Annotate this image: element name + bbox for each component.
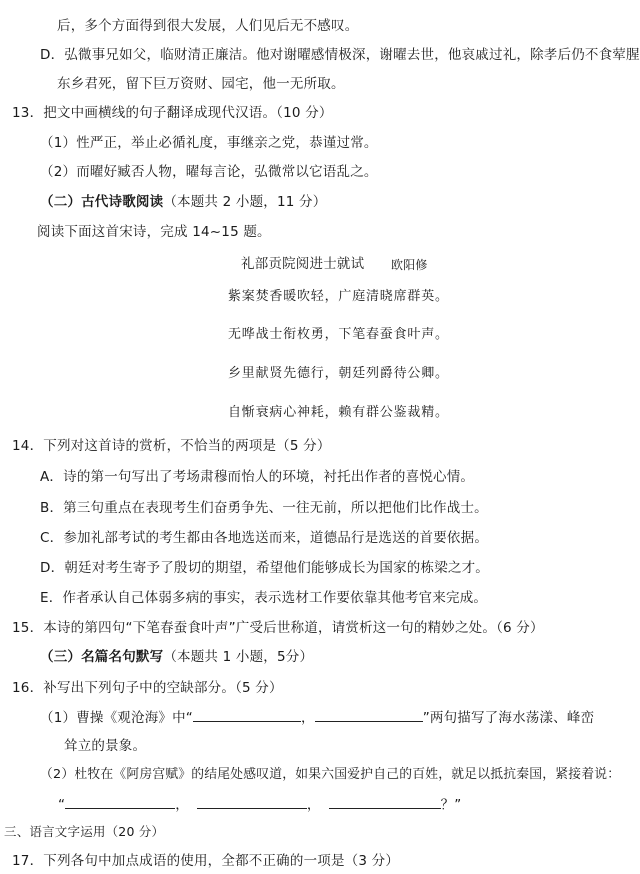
question-16-item-2-blanks: “，，？” (58, 795, 462, 814)
option-d-continuation: 东乡君死，留下巨万资财、园宅，他一无所取。 (57, 75, 345, 93)
poem-line-1: 紫案焚香暖吹轻，广庭清晓席群英。 (228, 288, 449, 306)
section-3-heading: （三）名篇名句默写（本题共 1 小题，5分） (40, 648, 313, 666)
section-2-title: （二）古代诗歌阅读 (40, 194, 163, 210)
poem-line-3: 乡里献贤先德行，朝廷列爵待公卿。 (228, 365, 449, 383)
comma: ， (175, 797, 189, 813)
question-13-sentence-2: （2）而曜好臧否人物，曜每言论，弘微常以它语乱之。 (40, 163, 378, 181)
answer-blank-3[interactable] (65, 795, 175, 809)
part-3-heading: 三、语言文字运用（20 分） (4, 823, 164, 841)
open-quote: “ (58, 797, 65, 813)
comma: ， (301, 710, 315, 726)
question-15-stem: 15．本诗的第四句“下笔春蚕食叶声”广受后世称道，请赏析这一句的精妙之处。（6 … (12, 619, 544, 637)
question-16-item-1: （1）曹操《观沧海》中“，”两句描写了海水荡漾、峰峦 (40, 708, 594, 727)
option-d: D．弘微事兄如父，临财清正廉洁。他对谢曜感情极深，谢曜去世，他哀戚过礼，除孝后仍… (40, 46, 640, 64)
question-16-item-1-continuation: 耸立的景象。 (64, 737, 146, 755)
question-14-option-d: D．朝廷对考生寄予了殷切的期望，希望他们能够成长为国家的栋梁之才。 (40, 559, 489, 577)
answer-blank-4[interactable] (197, 795, 307, 809)
question-16-stem: 16．补写出下列句子中的空缺部分。（5 分） (12, 679, 283, 697)
question-17-stem: 17．下列各句中加点成语的使用，全都不正确的一项是（3 分） (12, 852, 399, 870)
comma: ， (307, 797, 321, 813)
section-3-note: （本题共 1 小题，5分） (163, 649, 313, 665)
question-13-sentence-1: （1）性严正，举止必循礼度，事继亲之党，恭谨过常。 (40, 134, 378, 152)
question-13-stem: 13．把文中画横线的句子翻译成现代汉语。（10 分） (12, 104, 333, 122)
question-16-item-1-suffix: ”两句描写了海水荡漾、峰峦 (423, 710, 595, 726)
section-2-note: （本题共 2 小题，11 分） (163, 194, 326, 210)
answer-blank-2[interactable] (315, 708, 423, 722)
poem-author: 欧阳修 (391, 256, 428, 274)
question-14-option-c: C．参加礼部考试的考生都由各地选送而来，道德品行是选送的首要依据。 (40, 529, 488, 547)
poem-line-2: 无哗战士衔枚勇，下笔春蚕食叶声。 (228, 326, 449, 344)
section-2-heading: （二）古代诗歌阅读（本题共 2 小题，11 分） (40, 193, 326, 211)
option-c-continuation: 后，多个方面得到很大发展，人们见后无不感叹。 (57, 17, 358, 35)
question-14-option-e: E．作者承认自己体弱多病的事实，表示选材工作要依靠其他考官来完成。 (40, 589, 487, 607)
poem-title: 礼部贡院阅进士就试 (241, 255, 364, 273)
section-3-title: （三）名篇名句默写 (40, 649, 163, 665)
answer-blank-5[interactable] (329, 795, 441, 809)
question-14-option-b: B．第三句重点在表现考生们奋勇争先、一往无前，所以把他们比作战士。 (40, 499, 488, 517)
question-14-stem: 14．下列对这首诗的赏析，不恰当的两项是（5 分） (12, 437, 331, 455)
question-16-item-1-prefix: （1）曹操《观沧海》中“ (40, 710, 193, 726)
question-14-option-a: A．诗的第一句写出了考场肃穆而怡人的环境，衬托出作者的喜悦心情。 (40, 468, 474, 486)
question-16-item-2: （2）杜牧在《阿房宫赋》的结尾处感叹道，如果六国爱护自己的百姓，就足以抵抗秦国，… (40, 766, 620, 784)
close-quote: ？” (441, 797, 462, 813)
answer-blank-1[interactable] (193, 708, 301, 722)
poem-line-4: 自惭衰病心神耗，赖有群公鉴裁精。 (228, 404, 449, 422)
section-2-intro: 阅读下面这首宋诗，完成 14~15 题。 (37, 223, 271, 241)
